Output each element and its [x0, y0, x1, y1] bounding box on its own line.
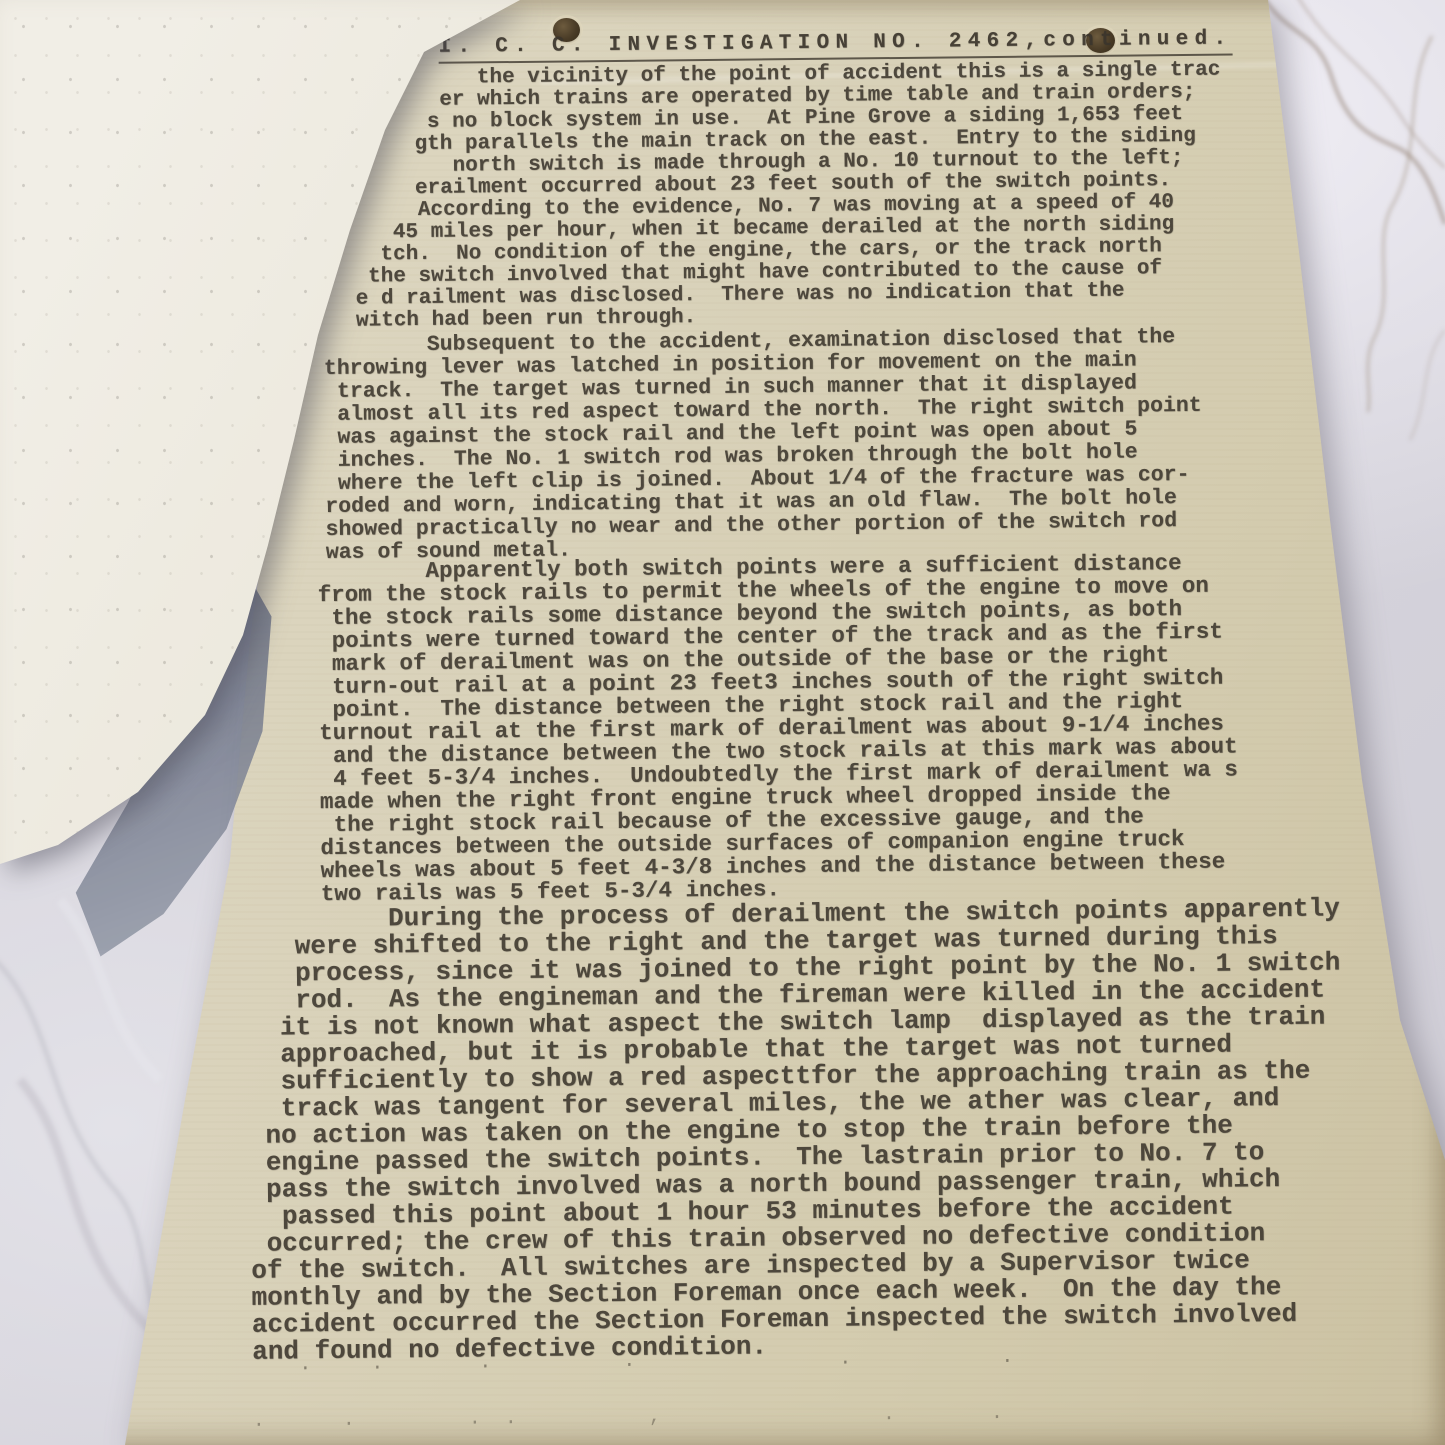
photo-scene: I. C. C. INVESTIGATION NO. 2462,continue…: [0, 0, 1445, 1445]
curled-page-paper: ni dehctal saw revel eht no tnemevom rof…: [0, 0, 1445, 1445]
curled-page: ni dehctal saw revel eht no tnemevom rof…: [0, 0, 1445, 1445]
